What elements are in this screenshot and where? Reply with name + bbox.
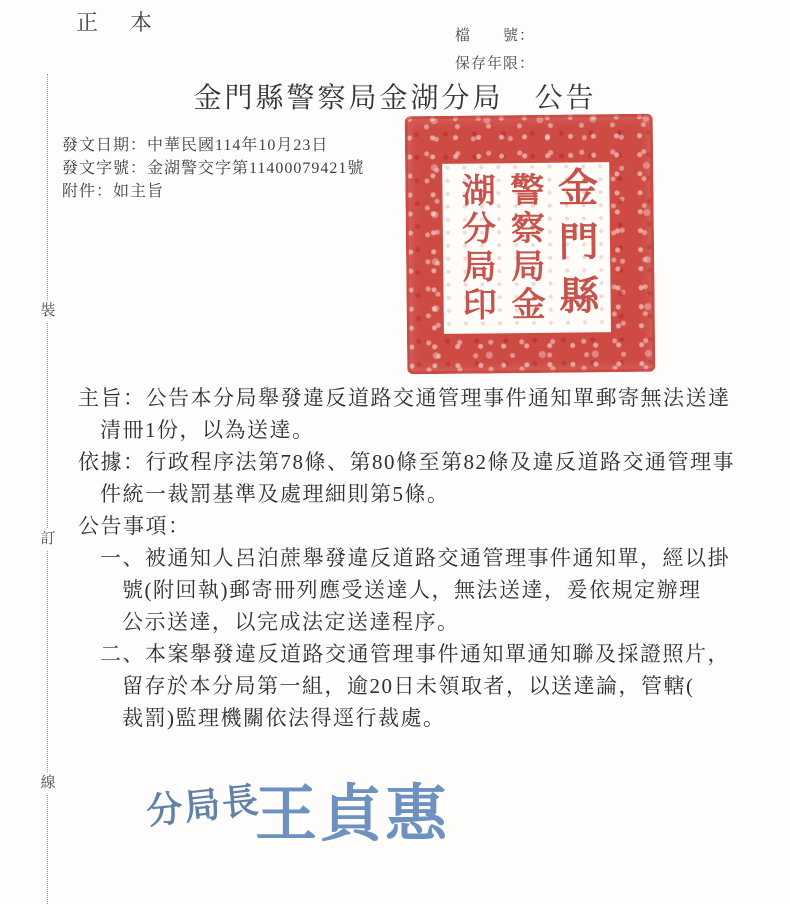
doc-meta: 發文日期：中華民國114年10月23日 發文字號：金湖警交字第114000794… — [62, 134, 364, 203]
body-line: 號(附回執)郵寄冊列應受送達人，無法送達，爰依規定辦理 — [0, 574, 790, 606]
binding-mark-xian: 線 — [39, 772, 57, 794]
page-title: 金門縣警察局金湖分局 公告 — [0, 76, 790, 116]
file-no-label: 檔 號： — [455, 22, 535, 50]
attachment-note: 附件：如主旨 — [62, 180, 364, 203]
official-seal-text: 金門縣 警察局金 湖分局印 — [442, 162, 611, 334]
signature-role-stamp: 分局長 — [144, 772, 263, 835]
body-line: 二、本案舉發違反道路交通管理事件通知單通知聯及採證照片， — [0, 638, 790, 670]
body-line: 一、被通知人呂泊蔗舉發違反道路交通管理事件通知單，經以掛 — [0, 542, 790, 574]
binding-mark-zhuang: 裝 — [39, 300, 57, 322]
copy-label: 正 本 — [76, 6, 157, 37]
body-line: 依據：行政程序法第78條、第80條至第82條及違反道路交通管理事 — [0, 446, 790, 478]
official-seal-stamp: 金門縣 警察局金 湖分局印 — [405, 114, 656, 375]
seal-column-left: 湖分局印 — [457, 172, 493, 324]
body-line: 公示送達，以完成法定送達程序。 — [0, 606, 790, 638]
body-line: 留存於本分局第一組，逾20日未領取者，以送達論，管轄( — [0, 670, 790, 702]
body-line: 裁罰)監理機關依法得逕行裁處。 — [0, 702, 790, 734]
document-page: { "header": { "copy_label": "正 本", "file… — [0, 0, 790, 904]
doc-number: 發文字號：金湖警交字第11400079421號 — [62, 157, 364, 180]
body-line: 清冊1份，以為送達。 — [0, 414, 790, 446]
issue-date: 發文日期：中華民國114年10月23日 — [62, 134, 364, 157]
signature-name-stamp: 王貞惠 — [255, 764, 450, 853]
seal-column-right: 金門縣 — [554, 166, 596, 328]
retention-label: 保存年限： — [455, 50, 535, 78]
notice-body: 主旨：公告本分局舉發違反道路交通管理事件通知單郵寄無法送達 清冊1份，以為送達。… — [0, 382, 790, 734]
seal-column-middle: 警察局金 — [506, 172, 542, 324]
body-line: 公告事項： — [0, 510, 790, 542]
archive-info: 檔 號： 保存年限： — [455, 22, 535, 78]
body-line: 件統一裁罰基準及處理細則第5條。 — [0, 478, 790, 510]
body-line: 主旨：公告本分局舉發違反道路交通管理事件通知單郵寄無法送達 — [0, 382, 790, 414]
